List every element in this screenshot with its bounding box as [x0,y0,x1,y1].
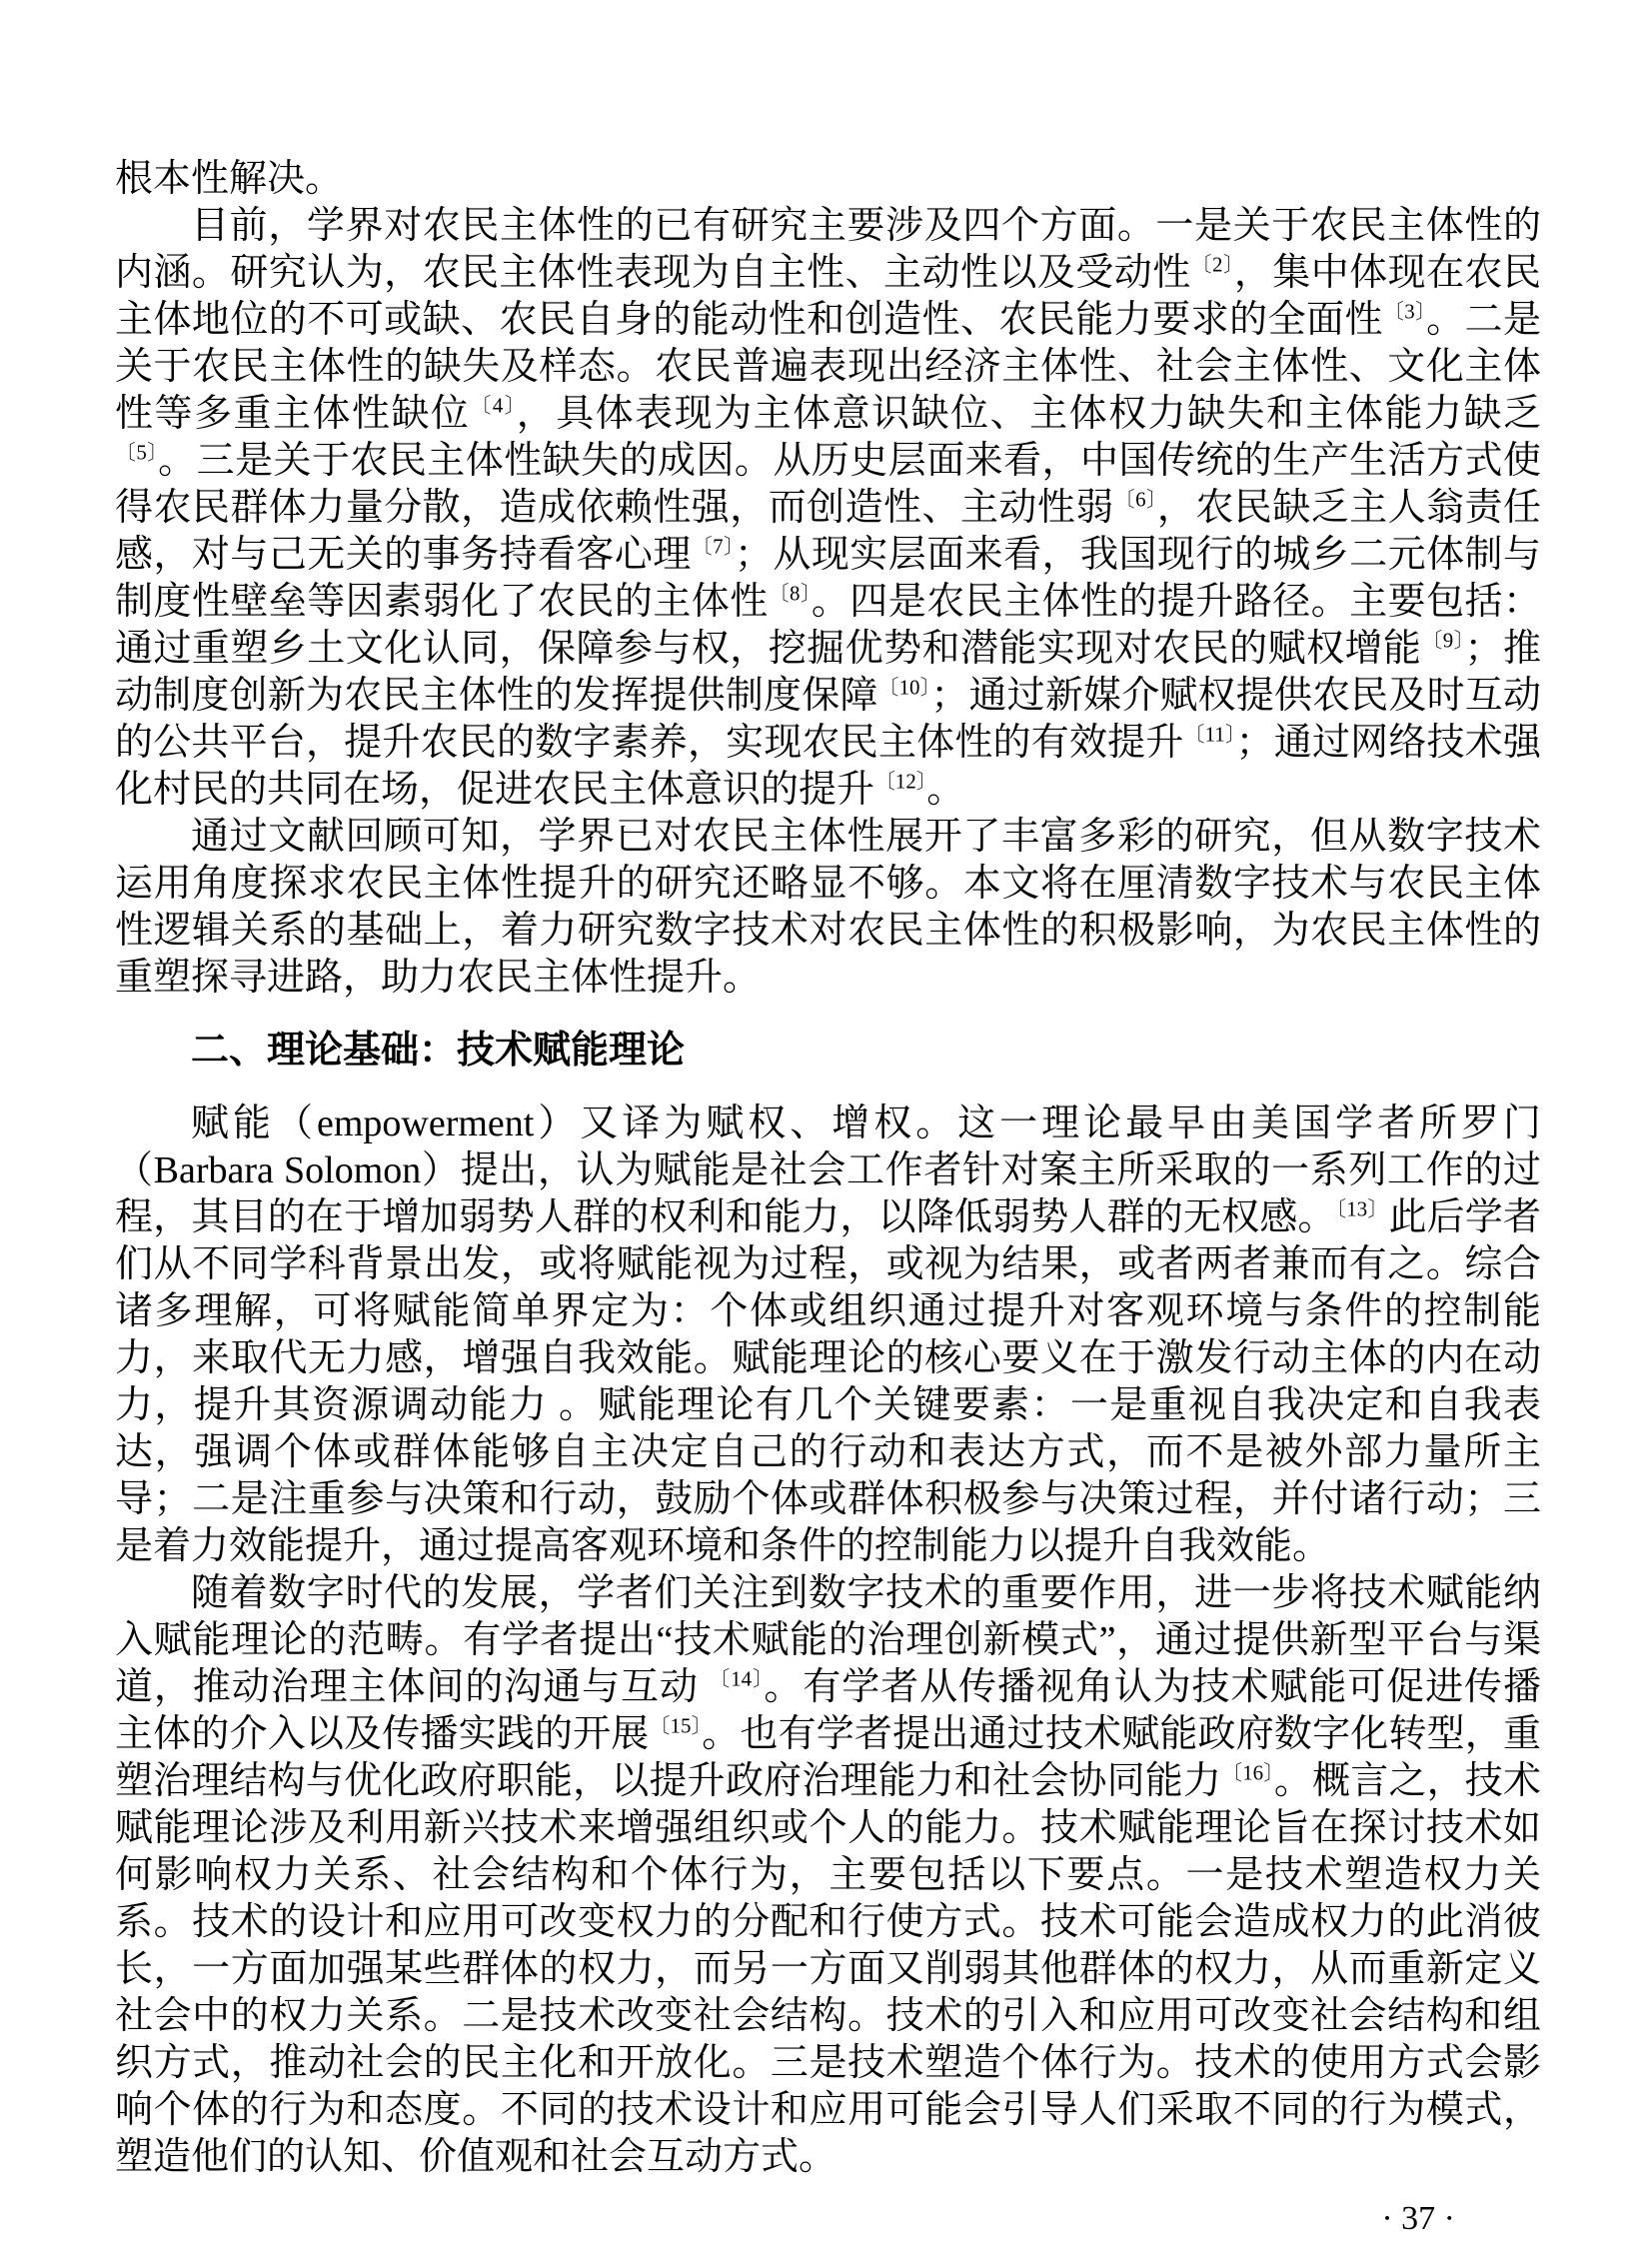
citation-superscript: 〔9〕 [1421,628,1464,652]
citation-superscript: 〔6〕 [1114,487,1157,511]
citation-superscript: 〔12〕 [874,769,926,793]
document-page: 根本性解决。目前，学界对农民主体性的已有研究主要涉及四个方面。一是关于农民主体性… [0,0,1652,2243]
citation-superscript: 〔5〕 [115,440,158,464]
citation-superscript: 〔10〕 [878,675,931,699]
citation-superscript: 〔16〕 [1221,1760,1274,1784]
citation-superscript: 〔13〕 [1336,1196,1389,1220]
citation-superscript: 〔14〕 [709,1666,764,1690]
paragraph: 随着数字时代的发展，学者们关注到数字技术的重要作用，进一步将技术赋能纳入赋能理论… [115,1570,1541,2181]
citation-superscript: 〔11〕 [1184,722,1236,746]
section-heading: 二、理论基础：技术赋能理论 [115,1028,1541,1075]
body-text: 根本性解决。目前，学界对农民主体性的已有研究主要涉及四个方面。一是关于农民主体性… [115,156,1541,2181]
paragraph: 根本性解决。 [115,156,1541,203]
citation-superscript: 〔4〕 [470,393,516,417]
paragraph: 目前，学界对农民主体性的已有研究主要涉及四个方面。一是关于农民主体性的内涵。研究… [115,203,1541,814]
citation-superscript: 〔7〕 [692,534,735,558]
citation-superscript: 〔3〕 [1383,299,1426,323]
citation-superscript: 〔8〕 [769,581,812,605]
paragraph: 通过文献回顾可知，学界已对农民主体性展开了丰富多彩的研究，但从数字技术运用角度探… [115,814,1541,1002]
page-number: · 37 · [115,2197,1541,2241]
paragraph: 赋能（empowerment）又译为赋权、增权。这一理论最早由美国学者所罗门（B… [115,1101,1541,1570]
citation-superscript: 〔2〕 [1191,252,1234,276]
citation-superscript: 〔15〕 [649,1713,702,1737]
